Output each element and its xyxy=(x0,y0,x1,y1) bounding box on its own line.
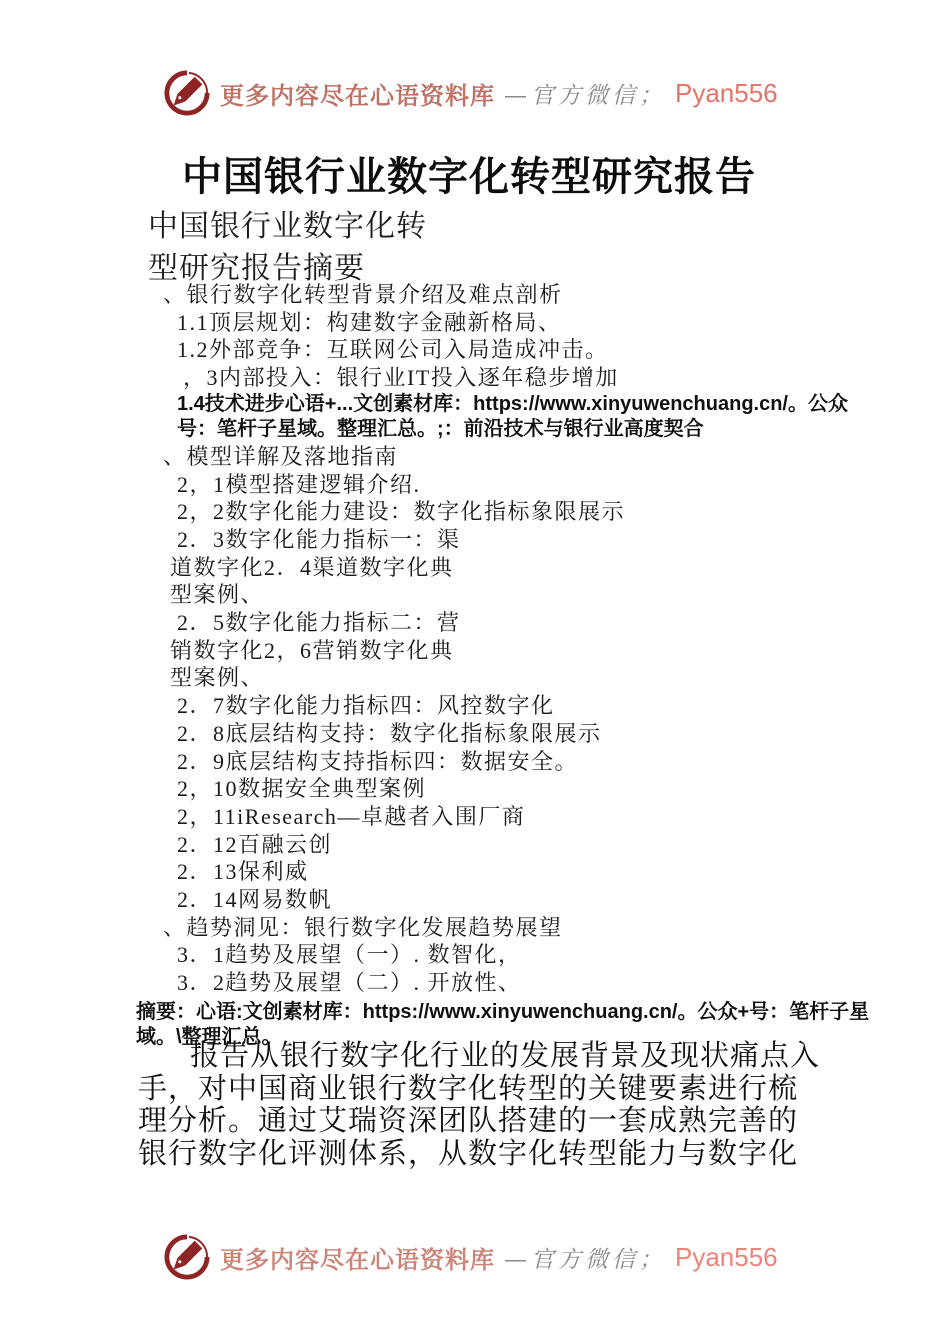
banner-wechat-label: —官方微信； xyxy=(504,77,666,110)
toc-line: 销数字化2，6营销数字化典 xyxy=(170,637,848,665)
pen-in-circle-logo-icon xyxy=(163,1234,211,1280)
summary-paragraph: 报告从银行数字化行业的发展背景及现状痛点入 手，对中国商业银行数字化转型的关键要… xyxy=(138,1040,820,1170)
toc-line: 2，10数据安全典型案例 xyxy=(177,775,848,803)
toc-line: 道数字化2．4渠道数字化典 xyxy=(170,554,848,582)
toc-line: 2．7数字化能力指标四：风控数字化 xyxy=(177,692,848,720)
toc-line: 3．2趋势及展望（二）. 开放性、 xyxy=(177,969,848,997)
toc-line: 、模型详解及落地指南 xyxy=(163,443,848,471)
toc-line: 型案例、 xyxy=(170,581,848,609)
toc-line: 2，2数字化能力建设：数字化指标象限展示 xyxy=(177,498,848,526)
paragraph-line: 银行数字化评测体系，从数字化转型能力与数字化 xyxy=(138,1138,820,1171)
paragraph-line: 报告从银行数字化行业的发展背景及现状痛点入 xyxy=(138,1040,820,1073)
banner-wechat-label: —官方微信； xyxy=(504,1241,666,1274)
watermark-banner-bottom: 更多内容尽在心语资料库 —官方微信； Pyan556 xyxy=(163,1234,778,1280)
toc-line: 2，11iResearch—卓越者入围厂商 xyxy=(177,803,848,831)
report-title: 中国银行业数字化转型研究报告 xyxy=(182,153,756,201)
toc-line: 2．8底层结构支持：数字化指标象限展示 xyxy=(177,720,848,748)
toc-line: 2．14网易数帆 xyxy=(177,886,848,914)
toc-line: 2．3数字化能力指标一：渠 xyxy=(177,526,848,554)
toc-line: 2．13保利威 xyxy=(177,858,848,886)
report-subtitle: 中国银行业数字化转 型研究报告摘要 xyxy=(148,206,427,290)
toc-line: ，3内部投入：银行业IT投入逐年稳步增加 xyxy=(183,364,848,392)
toc-line: 1.2外部竞争：互联网公司入局造成冲击。 xyxy=(177,336,848,364)
toc-line: 2．12百融云创 xyxy=(177,831,848,859)
table-of-contents: 、银行数字化转型背景介绍及难点剖析 1.1顶层规划：构建数字金融新格局、 1.2… xyxy=(138,281,848,997)
toc-line-source-note: 号：笔杆子星域。整理汇总。;：前沿技术与银行业高度契合 xyxy=(177,417,848,443)
banner-slogan-text: 更多内容尽在心语资料库 xyxy=(220,76,495,111)
abstract-line: 摘要：心语:文创素材库：https://www.xinyuwenchuang.c… xyxy=(136,1000,869,1025)
watermark-banner-top: 更多内容尽在心语资料库 —官方微信； Pyan556 xyxy=(163,70,778,116)
subtitle-line: 中国银行业数字化转 xyxy=(148,206,427,248)
toc-line: 、银行数字化转型背景介绍及难点剖析 xyxy=(163,281,848,309)
banner-slogan-text: 更多内容尽在心语资料库 xyxy=(220,1240,495,1275)
toc-line: 1.1顶层规划：构建数字金融新格局、 xyxy=(177,309,848,337)
paragraph-line: 手，对中国商业银行数字化转型的关键要素进行梳 xyxy=(138,1073,820,1106)
banner-wechat-id: Pyan556 xyxy=(675,78,778,109)
toc-line: 2，1模型搭建逻辑介绍. xyxy=(177,471,848,499)
toc-line-source-note: 1.4技术进步心语+...文创素材库：https://www.xinyuwenc… xyxy=(177,392,848,418)
pen-in-circle-logo-icon xyxy=(163,70,211,116)
toc-line: 2．5数字化能力指标二：营 xyxy=(177,609,848,637)
toc-line: 、趋势洞见：银行数字化发展趋势展望 xyxy=(163,914,848,942)
toc-line: 型案例、 xyxy=(170,664,848,692)
document-page: { "banner": { "logo_icon": "pen-in-circl… xyxy=(0,0,950,1344)
paragraph-line: 理分析。通过艾瑞资深团队搭建的一套成熟完善的 xyxy=(138,1105,820,1138)
toc-line: 2．9底层结构支持指标四：数据安全。 xyxy=(177,748,848,776)
banner-wechat-id: Pyan556 xyxy=(675,1242,778,1273)
toc-line: 3．1趋势及展望（一）. 数智化， xyxy=(177,941,848,969)
